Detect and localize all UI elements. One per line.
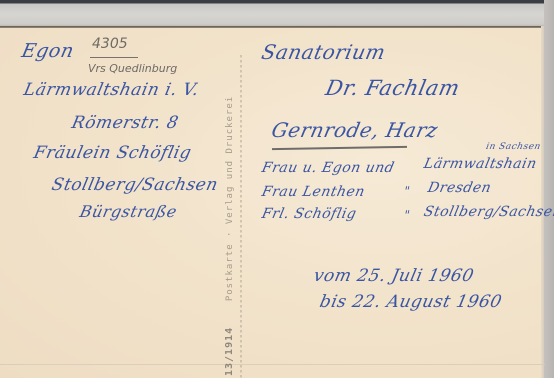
sender-line-1: Egon	[20, 40, 76, 62]
pencil-number: 4305	[92, 36, 128, 52]
guest-2-name: Frau Lenthen	[260, 184, 366, 200]
guest-2-place: Dresden	[426, 180, 493, 196]
address-divider	[240, 55, 242, 378]
recipient-line-3: Gernrode, Harz	[269, 118, 440, 142]
guest-1-name: Frau u. Egon und	[260, 160, 396, 176]
sender-line-4: Fräulein Schöflig	[32, 143, 193, 163]
sender-line-6: Bürgstraße	[78, 202, 179, 221]
pencil-place: Vrs Quedlinburg	[88, 62, 177, 75]
guest-3-name: Frl. Schöflig	[260, 206, 358, 222]
printed-stamp: 13/1914 Postkarte · Verlag und Druckerei	[224, 56, 235, 376]
bottom-printed-line	[0, 364, 545, 365]
sender-line-2: Lärmwaltshain i. V.	[22, 80, 201, 100]
sender-line-5: Stollberg/Sachsen	[50, 175, 220, 195]
guest-1-place: Lärmwaltshain	[422, 156, 538, 172]
pencil-rule	[90, 57, 138, 58]
recipient-line-1: Sanatorium	[259, 40, 387, 64]
guest-3-place: Stollberg/Sachsen	[422, 204, 554, 220]
stamp-text: Postkarte · Verlag und Druckerei	[225, 96, 235, 301]
date-to: bis 22. August 1960	[318, 292, 504, 312]
scanned-postcard: 13/1914 Postkarte · Verlag und Druckerei…	[0, 0, 554, 378]
stamp-number: 13/1914	[224, 327, 235, 376]
recipient-line-2: Dr. Fachlam	[323, 76, 462, 100]
scanner-border	[544, 0, 554, 378]
date-from: vom 25. Juli 1960	[312, 266, 476, 286]
sender-line-3: Römerstr. 8	[70, 113, 181, 133]
recipient-note: in Sachsen	[485, 142, 542, 152]
